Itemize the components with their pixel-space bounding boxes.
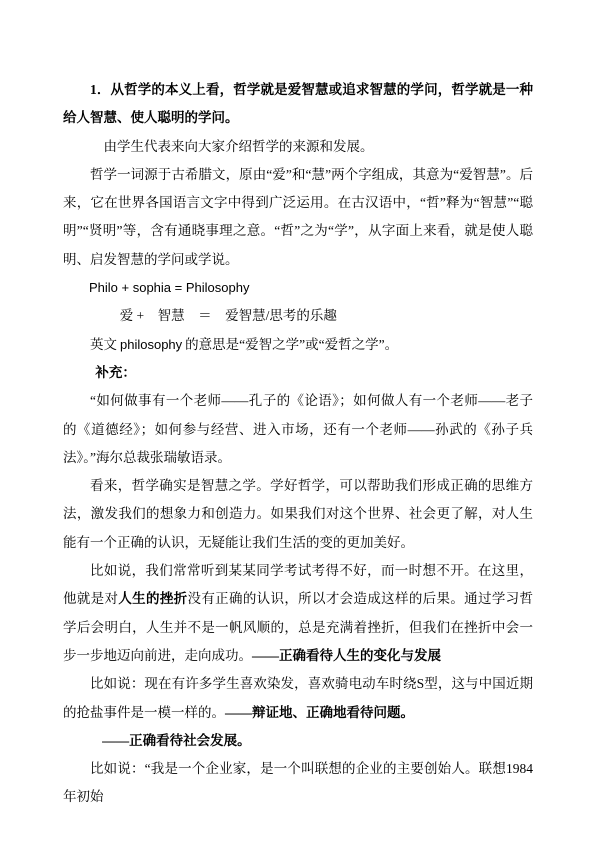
- paragraph-etymology: 哲学一词源于古希腊文，原由“爱”和“慧”两个字组成，其意为“爱智慧”。后来，它在…: [63, 161, 533, 274]
- text-run: ——正确看待人生的变化与发展: [252, 648, 441, 663]
- text-run: 比如说：“我是一个企业家，是一个叫联想的企业的主要创始人。联想1984年初始: [63, 761, 533, 804]
- paragraph-formula-english: Philo + sophia = Philosophy: [63, 274, 533, 302]
- text-run: 哲学一词源于古希腊文，原由“爱”和“慧”两个字组成，其意为“爱智慧”。后来，它在…: [63, 167, 533, 267]
- text-run: 的意思是“爱智之学”或“爱哲之学”。: [185, 337, 398, 352]
- paragraph-lenovo-example: 比如说：“我是一个企业家，是一个叫联想的企业的主要创始人。联想1984年初始: [63, 755, 533, 812]
- text-run: 由学生代表来向大家介绍哲学的来源和发展。: [104, 139, 374, 154]
- text-run: 看来，哲学确实是智慧之学。学好哲学，可以帮助我们形成正确的思维方法，激发我们的想…: [63, 478, 533, 550]
- text-run: 补充：: [95, 365, 136, 380]
- paragraph-wisdom: 看来，哲学确实是智慧之学。学好哲学，可以帮助我们形成正确的思维方法，激发我们的想…: [63, 472, 533, 557]
- text-run: ——辩证地、正确地看待问题。: [225, 705, 414, 720]
- text-run: 爱 + 智慧 ＝ 爱智慧/思考的乐趣: [120, 308, 337, 323]
- paragraph-social-development: ——正确看待社会发展。: [63, 727, 533, 755]
- document-page: 1．从哲学的本义上看，哲学就是爱智慧或追求智慧的学问，哲学就是一种给人智慧、使人…: [0, 0, 595, 842]
- document-body: 1．从哲学的本义上看，哲学就是爱智慧或追求智慧的学问，哲学就是一种给人智慧、使人…: [63, 76, 533, 812]
- paragraph-philosophy-meaning: 英文philosophy的意思是“爱智之学”或“爱哲之学”。: [63, 331, 533, 359]
- text-run: 人生的挫折: [118, 591, 187, 606]
- paragraph-formula-chinese: 爱 + 智慧 ＝ 爱智慧/思考的乐趣: [63, 302, 533, 330]
- text-run: “如何做事有一个老师——孔子的《论语》；如何做人有一个老师——老子的《道德经》；…: [63, 393, 533, 465]
- text-run: 英文: [90, 337, 117, 352]
- text-run: Philo + sophia = Philosophy: [89, 280, 249, 295]
- paragraph-example-setback: 比如说，我们常常听到某某同学考试考得不好，而一时想不开。在这里，他就是对人生的挫…: [63, 557, 533, 670]
- paragraph-intro-point: 1．从哲学的本义上看，哲学就是爱智慧或追求智慧的学问，哲学就是一种给人智慧、使人…: [63, 76, 533, 133]
- paragraph-example-trend: 比如说：现在有许多学生喜欢染发，喜欢骑电动车时绕S型，这与中国近期的抢盐事件是一…: [63, 670, 533, 727]
- paragraph-student-intro: 由学生代表来向大家介绍哲学的来源和发展。: [63, 133, 533, 161]
- paragraph-haier-quote: “如何做事有一个老师——孔子的《论语》；如何做人有一个老师——老子的《道德经》；…: [63, 387, 533, 472]
- paragraph-supplement-heading: 补充：: [63, 359, 533, 387]
- text-run: 1．从哲学的本义上看，哲学就是爱智慧或追求智慧的学问，哲学就是一种给人智慧、使人…: [63, 82, 533, 125]
- text-run: ——正确看待社会发展。: [102, 733, 251, 748]
- text-run: philosophy: [117, 337, 185, 352]
